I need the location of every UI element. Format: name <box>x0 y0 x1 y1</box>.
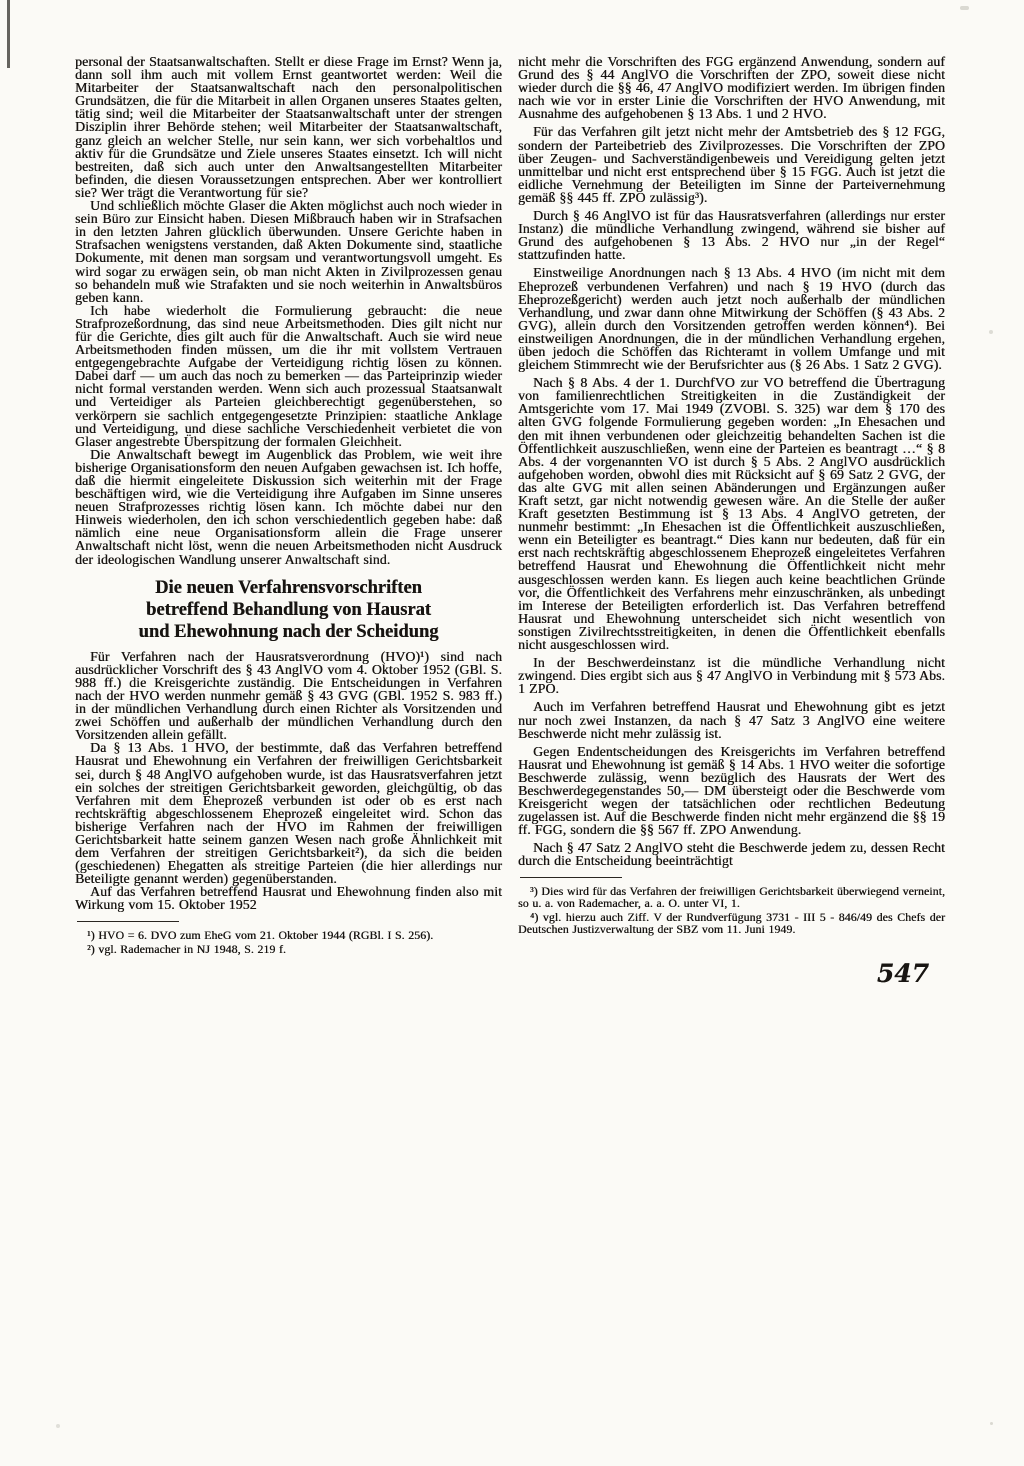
body-paragraph: Für Verfahren nach der Hausratsverordnun… <box>75 650 502 742</box>
footnote: ³) Dies wird für das Verfahren der freiw… <box>518 885 945 909</box>
scan-speck <box>989 330 993 334</box>
body-paragraph: Auf das Verfahren betreffend Hausrat und… <box>75 885 502 911</box>
body-paragraph: personal der Staatsanwaltschaften. Stell… <box>75 55 502 199</box>
footnote: ²) vgl. Rademacher in NJ 1948, S. 219 f. <box>75 943 502 955</box>
article-title-line: und Ehewohnung nach der Scheidung <box>75 621 502 643</box>
body-paragraph: Einstweilige Anordnungen nach § 13 Abs. … <box>518 266 945 371</box>
body-paragraph: Nach § 8 Abs. 4 der 1. DurchfVO zur VO b… <box>518 376 945 651</box>
left-column: personal der Staatsanwaltschaften. Stell… <box>75 55 502 988</box>
footnote: ¹) HVO = 6. DVO zum EheG vom 21. Oktober… <box>75 929 502 941</box>
body-paragraph: Für das Verfahren gilt jetzt nicht mehr … <box>518 125 945 204</box>
page-number: 547 <box>518 959 945 988</box>
footnote-separator <box>520 877 622 878</box>
scan-speck <box>56 1424 60 1428</box>
footnote: ⁴) vgl. hierzu auch Ziff. V der Rundverf… <box>518 911 945 935</box>
journal-page: personal der Staatsanwaltschaften. Stell… <box>0 0 1024 1466</box>
two-column-layout: personal der Staatsanwaltschaften. Stell… <box>0 0 1024 988</box>
body-paragraph: Nach § 47 Satz 2 AnglVO steht die Beschw… <box>518 841 945 867</box>
scan-edge-artifact <box>7 0 10 68</box>
scan-speck <box>960 6 969 10</box>
scan-speck <box>990 1422 993 1425</box>
article-title: Die neuen Verfahrensvorschriften betreff… <box>75 577 502 643</box>
body-paragraph: Da § 13 Abs. 1 HVO, der bestimmte, daß d… <box>75 741 502 885</box>
body-paragraph: nicht mehr die Vorschriften des FGG ergä… <box>518 55 945 120</box>
body-paragraph: Gegen Endentscheidungen des Kreisgericht… <box>518 745 945 837</box>
body-paragraph: Ich habe wiederholt die Formulierung geb… <box>75 304 502 448</box>
body-paragraph: Die Anwaltschaft bewegt im Augenblick da… <box>75 448 502 566</box>
body-paragraph: In der Beschwerdeinstanz ist die mündlic… <box>518 656 945 695</box>
right-column: nicht mehr die Vorschriften des FGG ergä… <box>518 55 945 988</box>
body-paragraph: Auch im Verfahren betreffend Hausrat und… <box>518 700 945 739</box>
footnote-separator <box>77 921 179 922</box>
article-title-line: betreffend Behandlung von Hausrat <box>75 599 502 621</box>
body-paragraph: Durch § 46 AnglVO ist für das Hausratsve… <box>518 209 945 261</box>
article-title-line: Die neuen Verfahrensvorschriften <box>75 577 502 599</box>
body-paragraph: Und schließlich möchte Glaser die Akten … <box>75 199 502 304</box>
